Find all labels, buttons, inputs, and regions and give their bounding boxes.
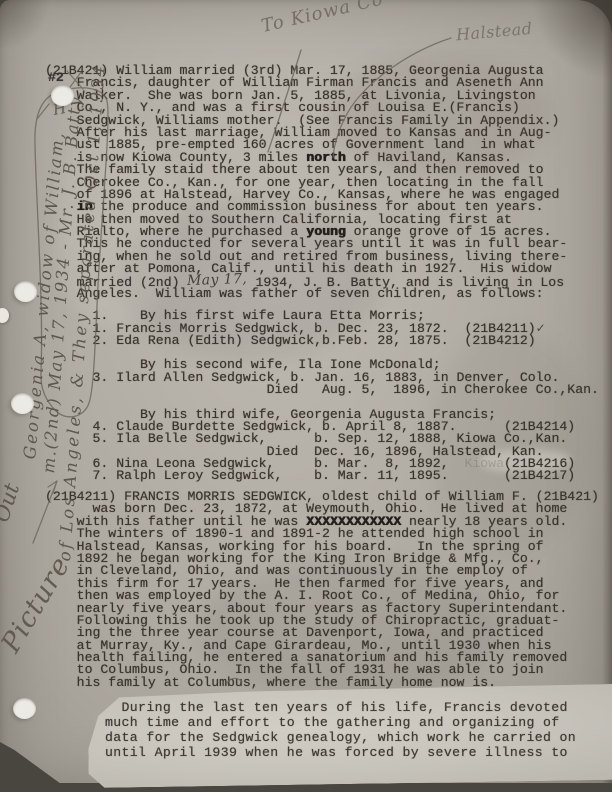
scanned-genealogy-page: { "page": { "background": "#4e4a45", "pa… (0, 0, 612, 792)
punch-hole (13, 698, 36, 719)
typed-line: Died Aug. 5, 1896, in Cherokee Co.,Kan. (45, 384, 599, 396)
typed-line: data for the Sedgwick genealogy, which w… (105, 730, 576, 745)
typed-line: 7. Ralph Leroy Sedgwick, b. Mar. 11, 189… (45, 470, 599, 482)
margin-number-note: #2 (48, 70, 64, 85)
handwritten-insert: May 17, (187, 273, 248, 287)
typed-line: his family at Columbus, where the family… (45, 677, 599, 689)
typed-line: 2. Eda Rena (Edith) Sedgwick,b.Feb. 28, … (45, 335, 599, 347)
punch-hole (51, 85, 74, 106)
typed-line: much time and effort to the gathering an… (105, 715, 576, 730)
children-list: 1. By his first wife Laura Etta Morris; … (45, 310, 599, 483)
typed-line: During the last ten years of his life, F… (105, 700, 576, 715)
typed-line: Angeles. William was father of seven chi… (45, 288, 567, 300)
pencil-checkmark: ✓ (536, 321, 546, 335)
punch-hole (14, 281, 37, 302)
typed-line: until April 1939 when he was forced by s… (105, 745, 576, 760)
paragraph-francis: (21B4211) FRANCIS MORRIS SEDGWICK, oldes… (45, 491, 599, 689)
paragraph-william: (21B421) William married (3rd) Mar. 17, … (45, 65, 567, 300)
pasted-note-paragraph: During the last ten years of his life, F… (105, 700, 576, 760)
punch-hole (11, 393, 34, 414)
